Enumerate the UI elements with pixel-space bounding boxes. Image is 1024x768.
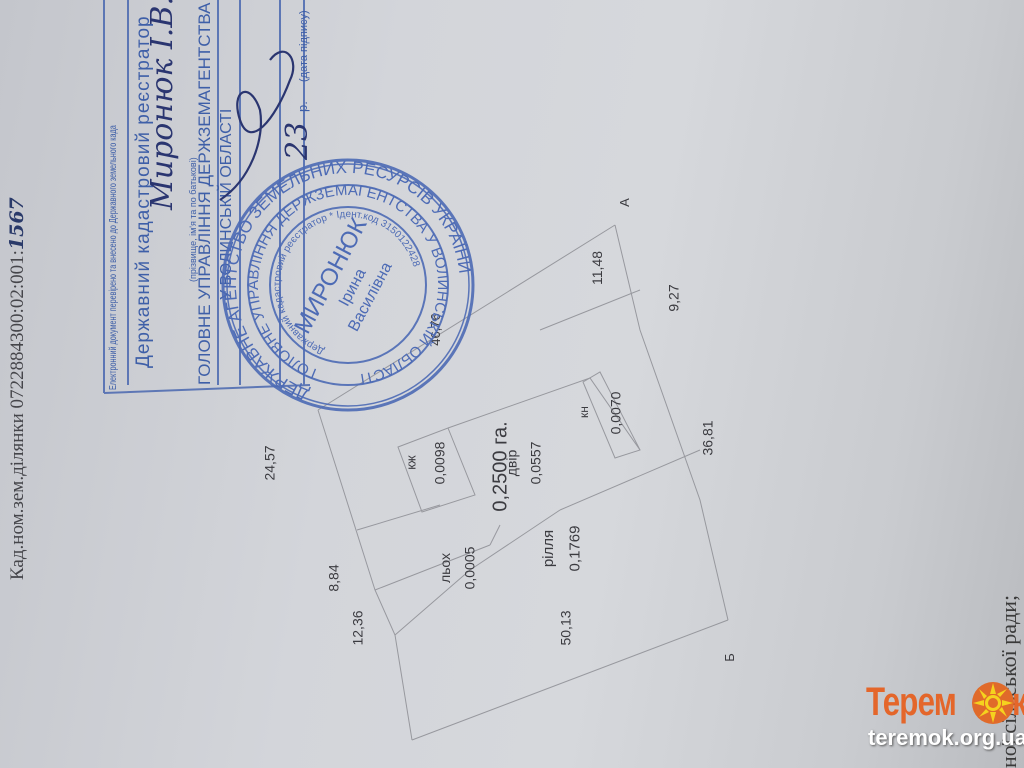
side-length: 11,48 bbox=[589, 251, 605, 285]
official-seal: ДЕРЖАВНЕ АГЕНТСТВО ЗЕМЕЛЬНИХ РЕСУРСІВ УК… bbox=[218, 155, 478, 415]
parcel-area: 0,0070 bbox=[607, 392, 623, 435]
logo-brand: Терем bbox=[866, 680, 956, 725]
side-length: 24,57 bbox=[262, 445, 278, 480]
parcel-name: кн bbox=[577, 406, 591, 418]
parcel-area: 0,0005 bbox=[461, 547, 477, 590]
parcel-area: 0,0557 bbox=[527, 442, 543, 485]
side-length: 9,27 bbox=[666, 284, 682, 311]
logo-brand-end: к bbox=[1012, 680, 1024, 725]
point-label-a: А bbox=[617, 198, 632, 207]
teremok-logo: Терем bbox=[866, 680, 981, 725]
side-length: 50,13 bbox=[558, 610, 574, 645]
parcel-area: 0,1769 bbox=[566, 526, 583, 572]
sun-logo-icon bbox=[970, 680, 1016, 726]
parcel-name: льох bbox=[437, 553, 453, 583]
side-length: 8,84 bbox=[326, 564, 342, 591]
parcel-area: 0,0098 bbox=[431, 442, 447, 485]
parcel-name: двір bbox=[503, 450, 519, 477]
point-label-b: Б bbox=[722, 653, 737, 662]
logo-url[interactable]: teremok.org.ua bbox=[868, 725, 1024, 751]
parcel-name: кж bbox=[404, 455, 419, 469]
side-length: 36,81 bbox=[700, 420, 716, 455]
parcel-name: рілля bbox=[540, 530, 557, 567]
side-length: 12,36 bbox=[350, 610, 366, 645]
